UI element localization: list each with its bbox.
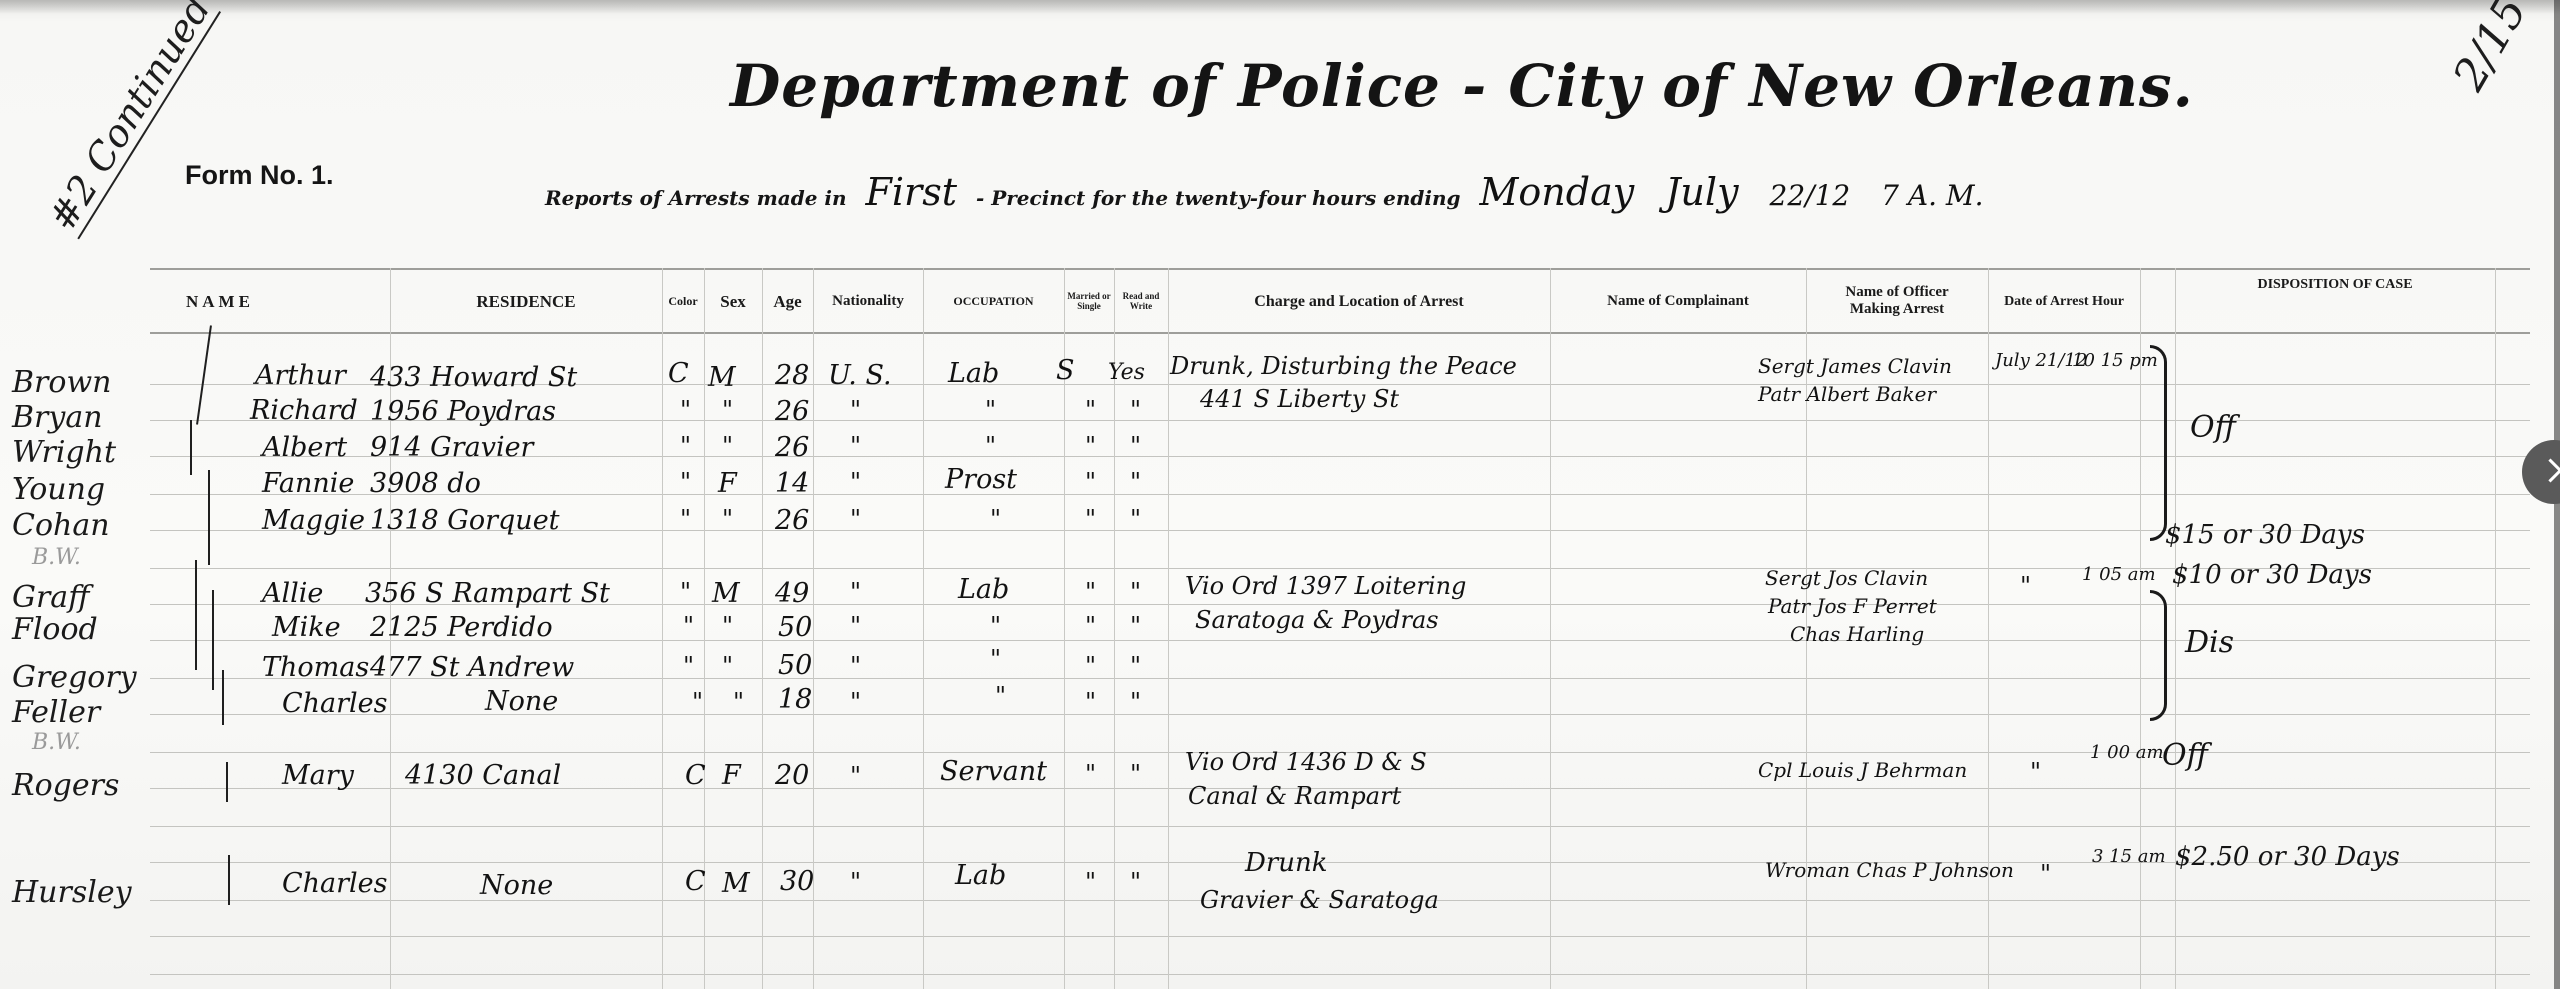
disposition-rogers: Off	[2162, 738, 2208, 773]
age: 28	[775, 360, 809, 391]
report-day: Monday	[1480, 170, 1635, 214]
color: "	[683, 612, 694, 640]
disposition-group1: Off	[2190, 410, 2236, 445]
color: "	[680, 432, 691, 460]
officer: Cpl Louis J Behrman	[1758, 758, 1967, 782]
read-write: "	[1130, 468, 1141, 496]
color: "	[680, 505, 691, 533]
residence: None	[480, 870, 553, 901]
check-mark	[208, 470, 210, 565]
location: Saratoga & Poydras	[1195, 606, 1439, 634]
page-number: 2/15	[2444, 0, 2538, 99]
location: Gravier & Saratoga	[1200, 886, 1439, 914]
first-name: Arthur	[255, 360, 346, 391]
surname: Wright	[12, 435, 116, 470]
page-title: Department of Police - City of New Orlea…	[730, 52, 2194, 120]
col-header-nationality: Nationality	[813, 270, 923, 332]
nationality: "	[850, 396, 861, 424]
sex: M	[722, 868, 750, 899]
sex: "	[722, 652, 733, 680]
precinct-value: First	[866, 170, 957, 214]
arrest-date: "	[2020, 572, 2031, 600]
color: "	[680, 396, 691, 424]
charge: Drunk, Disturbing the Peace	[1170, 352, 1517, 380]
age: 50	[778, 612, 812, 643]
sex: "	[722, 612, 733, 640]
occupation: "	[985, 396, 996, 424]
officer: Sergt Jos Clavin	[1765, 566, 1928, 590]
col-divider	[762, 268, 763, 989]
sex: M	[708, 362, 736, 393]
rule	[150, 936, 2530, 937]
check-mark	[222, 670, 224, 725]
color: "	[692, 688, 703, 716]
first-name: Richard	[250, 395, 358, 426]
color: "	[680, 468, 691, 496]
read-write: "	[1130, 612, 1141, 640]
surname: Feller	[12, 695, 100, 730]
disposition-graff: $10 or 30 Days	[2172, 560, 2372, 590]
disposition-hursley: $2.50 or 30 Days	[2175, 842, 2400, 872]
first-name: Fannie	[262, 468, 354, 499]
col-divider	[1168, 268, 1169, 989]
age: 49	[775, 578, 809, 609]
col-header-read-write: Read and Write	[1114, 270, 1168, 332]
nationality: "	[850, 868, 861, 896]
first-name: Mike	[272, 612, 341, 643]
disposition-group2: Dis	[2185, 625, 2234, 660]
arrest-hour: 1 05 am	[2082, 564, 2156, 585]
read-write: "	[1130, 652, 1141, 680]
married: "	[1085, 868, 1096, 896]
rule	[150, 332, 2530, 334]
report-line: Reports of Arrests made in First - Preci…	[545, 170, 1995, 214]
first-name: Maggie	[262, 505, 365, 536]
occupation: "	[990, 612, 1001, 640]
read-write: "	[1130, 578, 1141, 606]
arrest-hour: 1 00 am	[2090, 742, 2164, 763]
officer-2: Patr Jos F Perret	[1768, 594, 1937, 618]
report-date: 22/12	[1770, 179, 1851, 212]
surname: Graff	[12, 580, 89, 615]
married: "	[1085, 578, 1096, 606]
arrest-hour: 3 15 am	[2092, 846, 2166, 867]
residence: None	[485, 686, 558, 717]
residence: 914 Gravier	[370, 432, 533, 463]
residence: 356 S Rampart St	[365, 578, 610, 609]
residence: 433 Howard St	[370, 362, 577, 393]
col-header-sex: Sex	[704, 270, 762, 332]
report-prefix: Reports of Arrests made in	[545, 186, 847, 210]
rule	[150, 974, 2530, 975]
nationality: "	[850, 468, 861, 496]
check-mark	[212, 590, 214, 690]
surname: Young	[12, 472, 105, 507]
charge: Vio Ord 1397 Loitering	[1185, 572, 1466, 600]
occupation: Lab	[948, 358, 999, 389]
occupation: Lab	[955, 860, 1006, 891]
occupation: "	[995, 682, 1006, 710]
surname-annotation: B.W.	[32, 545, 81, 570]
sex: "	[722, 396, 733, 424]
nationality: "	[850, 688, 861, 716]
sex: "	[733, 688, 744, 716]
check-mark	[190, 420, 192, 475]
surname: Cohan	[12, 508, 110, 543]
scan-shadow	[0, 0, 2560, 14]
age: 14	[775, 468, 809, 499]
col-divider	[2495, 268, 2496, 989]
read-write: "	[1130, 868, 1141, 896]
check-mark	[195, 560, 197, 670]
rule	[150, 494, 2530, 495]
occupation: Lab	[958, 574, 1009, 605]
col-divider	[923, 268, 924, 989]
report-month: July	[1665, 170, 1738, 214]
col-header-age: Age	[762, 270, 813, 332]
read-write: "	[1130, 505, 1141, 533]
occupation: Prost	[945, 464, 1017, 495]
married: "	[1085, 396, 1096, 424]
surname: Brown	[12, 365, 111, 400]
col-divider	[1550, 268, 1551, 989]
age: 26	[775, 396, 809, 427]
col-header-name: NAME	[150, 270, 426, 332]
sex: M	[712, 578, 740, 609]
arrest-date: "	[2030, 758, 2041, 786]
residence: 4130 Canal	[405, 760, 561, 791]
occupation: Servant	[940, 756, 1047, 787]
col-header-charge: Charge and Location of Arrest	[1168, 270, 1550, 332]
sex: "	[722, 432, 733, 460]
col-header-date-hour: Date of Arrest Hour	[1988, 270, 2140, 332]
col-header-occupation: OCCUPATION	[923, 270, 1064, 332]
color: C	[685, 760, 706, 791]
nationality: "	[850, 652, 861, 680]
col-header-complainant: Name of Complainant	[1550, 270, 1806, 332]
margin-note-continued: #2 Continued	[40, 0, 219, 238]
surname: Flood	[12, 612, 98, 647]
read-write: "	[1130, 432, 1141, 460]
check-mark	[228, 855, 230, 905]
rule	[150, 862, 2530, 863]
married: "	[1085, 612, 1096, 640]
married: "	[1085, 760, 1096, 788]
first-name: Allie	[262, 578, 323, 609]
nationality: U. S.	[828, 360, 892, 391]
first-name: Charles	[282, 868, 388, 899]
charge: Vio Ord 1436 D & S	[1185, 748, 1427, 776]
nationality: "	[850, 432, 861, 460]
residence: 3908 do	[370, 468, 481, 499]
officer: Wroman Chas P Johnson	[1765, 858, 2014, 882]
married: S	[1056, 355, 1075, 386]
nationality: "	[850, 578, 861, 606]
charge: Drunk	[1245, 848, 1328, 878]
form-number: Form No. 1.	[185, 160, 334, 191]
sex: "	[722, 505, 733, 533]
color: "	[680, 578, 691, 606]
age: 26	[775, 432, 809, 463]
residence: 1956 Poydras	[370, 396, 556, 427]
first-name: Charles	[282, 688, 388, 719]
check-mark	[226, 762, 228, 802]
col-header-married: Married or Single	[1064, 270, 1114, 332]
officer-3: Chas Harling	[1790, 622, 1924, 646]
col-header-officer: Name of Officer Making Arrest	[1806, 270, 1988, 332]
arrest-hour: 10 15 pm	[2072, 350, 2158, 371]
officer-2: Patr Albert Baker	[1758, 382, 1936, 406]
married: "	[1085, 688, 1096, 716]
col-header-disposition: DISPOSITION OF CASE	[2175, 270, 2495, 332]
group-brace	[2150, 345, 2167, 541]
married: "	[1085, 468, 1096, 496]
col-header-color: Color	[662, 270, 704, 332]
age: 18	[778, 684, 812, 715]
married: "	[1085, 652, 1096, 680]
surname: Gregory	[12, 660, 137, 695]
occupation: "	[990, 645, 1001, 673]
read-write: "	[1130, 688, 1141, 716]
location: Canal & Rampart	[1188, 782, 1401, 810]
occupation: "	[985, 432, 996, 460]
officer: Sergt James Clavin	[1758, 354, 1952, 378]
rule	[150, 826, 2530, 827]
surname-annotation: B.W.	[32, 730, 81, 755]
age: 20	[775, 760, 809, 791]
first-name: Mary	[282, 760, 354, 791]
group-brace	[2150, 590, 2167, 721]
location: 441 S Liberty St	[1200, 385, 1399, 413]
color: C	[668, 358, 689, 389]
report-middle: - Precinct for the twenty-four hours end…	[976, 186, 1461, 210]
sex: F	[718, 468, 737, 499]
report-time: 7 A. M.	[1881, 179, 1983, 212]
residence: 477 St Andrew	[370, 652, 574, 683]
residence: 1318 Gorquet	[370, 505, 560, 536]
nationality: "	[850, 505, 861, 533]
surname: Rogers	[12, 768, 119, 803]
chevron-right-icon	[2538, 458, 2560, 482]
occupation: "	[990, 505, 1001, 533]
surname: Bryan	[12, 400, 103, 435]
disposition-brown: $15 or 30 Days	[2165, 520, 2365, 550]
married: "	[1085, 432, 1096, 460]
arrest-date: "	[2040, 860, 2051, 888]
arrest-record-page: #2 Continued 2/15 Department of Police -…	[0, 0, 2560, 989]
col-header-residence: RESIDENCE	[390, 270, 662, 332]
read-write: Yes	[1108, 360, 1145, 385]
sex: F	[722, 760, 741, 791]
first-name: Thomas	[262, 652, 369, 683]
first-name: Albert	[262, 432, 347, 463]
residence: 2125 Perdido	[370, 612, 553, 643]
color: "	[683, 652, 694, 680]
color: C	[685, 866, 706, 897]
read-write: "	[1130, 396, 1141, 424]
col-divider	[2140, 268, 2141, 989]
married: "	[1085, 505, 1096, 533]
col-divider	[2175, 268, 2176, 989]
age: 26	[775, 505, 809, 536]
surname: Hursley	[12, 875, 132, 910]
age: 50	[778, 650, 812, 681]
col-divider	[662, 268, 663, 989]
age: 30	[780, 866, 814, 897]
nationality: "	[850, 612, 861, 640]
nationality: "	[850, 762, 861, 790]
read-write: "	[1130, 760, 1141, 788]
